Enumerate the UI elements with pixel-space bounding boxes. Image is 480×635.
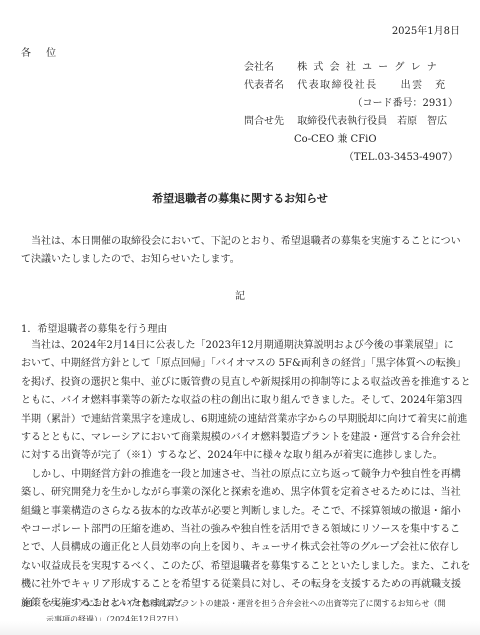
body-line: ともに、バイオ燃料事業等の新たな収益の柱の創出に取り組んできました。そして、20… (21, 392, 461, 410)
contact-label: 問合せ先 (244, 112, 294, 127)
body-line: 当社は、2024年2月14日に公表した「2023年12月期通期決算説明および今後… (21, 337, 461, 355)
section-body: 当社は、2024年2月14日に公表した「2023年12月期通期決算説明および今後… (21, 337, 461, 613)
page-bottom-shadow (0, 621, 480, 635)
body-line: するとともに、マレーシアにおいて商業規模のバイオ燃料製造プラントを建設・運営する… (21, 429, 461, 447)
section-heading: 1．希望退職者の募集を行う理由 (21, 320, 167, 335)
representative-label: 代表者名 (244, 76, 294, 91)
intro-paragraph: 当社は、本日開催の取締役会において、下記のとおり、希望退職者の募集を実施すること… (21, 233, 461, 269)
body-line: やコーポレート部門の圧縮を進め、当社の強みや独自性を活用できる領域にリソースを集… (21, 521, 461, 539)
company-label: 会社名 (244, 58, 294, 73)
contact-title: Co-CEO 兼 CFiO (294, 130, 377, 145)
contact-row: 問合せ先 取締役代表執行役員 若原 智広 (244, 112, 447, 127)
footnote-line: ※1：「マレーシアにおけるバイオ燃料商業プラントの建設・運営を担う合弁会社への出… (21, 596, 461, 612)
representative-value: 代表取締役社長 出雲 充 (297, 76, 447, 91)
company-value: 株式会社ユーグレナ (297, 58, 443, 73)
body-line: 組織と事業構造のさらなる抜本的な改革が必要と判断しました。そこで、不採算領域の撤… (21, 503, 461, 521)
release-date: 2025年1月8日 (392, 22, 460, 37)
body-line: 機に社外でキャリア形成することを希望する従業員に対し、その転身を支援するための再… (21, 576, 461, 594)
document-title: 希望退職者の募集に関するお知らせ (0, 190, 480, 206)
body-line: 築し、研究開発力を生かしながら事業の深化と探索を進め、黒字体質を定着させるために… (21, 484, 461, 502)
intro-line: 当社は、本日開催の取締役会において、下記のとおり、希望退職者の募集を実施すること… (21, 233, 461, 251)
body-line: に対する出資等が完了（※1）するなど、2024年中に様々な取り組みが着実に進捗し… (21, 447, 461, 465)
body-line: ない収益成長を実現するべく、このたび、希望退職者を募集することといたしました。ま… (21, 558, 461, 576)
contact-value: 取締役代表執行役員 若原 智広 (297, 112, 447, 127)
press-release-page: 2025年1月8日 各 位 会社名 株式会社ユーグレナ 代表者名 代表取締役社長… (0, 0, 480, 635)
addressee: 各 位 (21, 44, 62, 59)
body-line: しかし、中期経営方針の推進を一段と加速させ、当社の原点に立ち返って競争力や独自性… (21, 466, 461, 484)
representative-row: 代表者名 代表取締役社長 出雲 充 (244, 76, 447, 91)
body-line: を掲げ、投資の選択と集中、並びに販管費の見直しや新規採用の抑制等による収益改善を… (21, 374, 461, 392)
ki-marker: 記 (0, 287, 480, 302)
stock-code: （コード番号：2931） (353, 94, 458, 109)
company-name-row: 会社名 株式会社ユーグレナ (244, 58, 443, 73)
body-line: おいて、中期経営方針として「原点回帰」「バイオマスの 5F&両利きの経営」「黒字… (21, 355, 461, 373)
body-line: とで、人員構成の適正化と人員効率の向上を図り、キューサイ株式会社等のグループ会社… (21, 539, 461, 557)
contact-tel: （TEL.03-3453-4907） (344, 148, 458, 163)
intro-line: て決議いたしましたので、お知らせいたします。 (21, 251, 461, 269)
body-line: 半期（累計）で連結営業黒字を達成し、6期連続の連結営業赤字からの早期脱却に向けて… (21, 411, 461, 429)
